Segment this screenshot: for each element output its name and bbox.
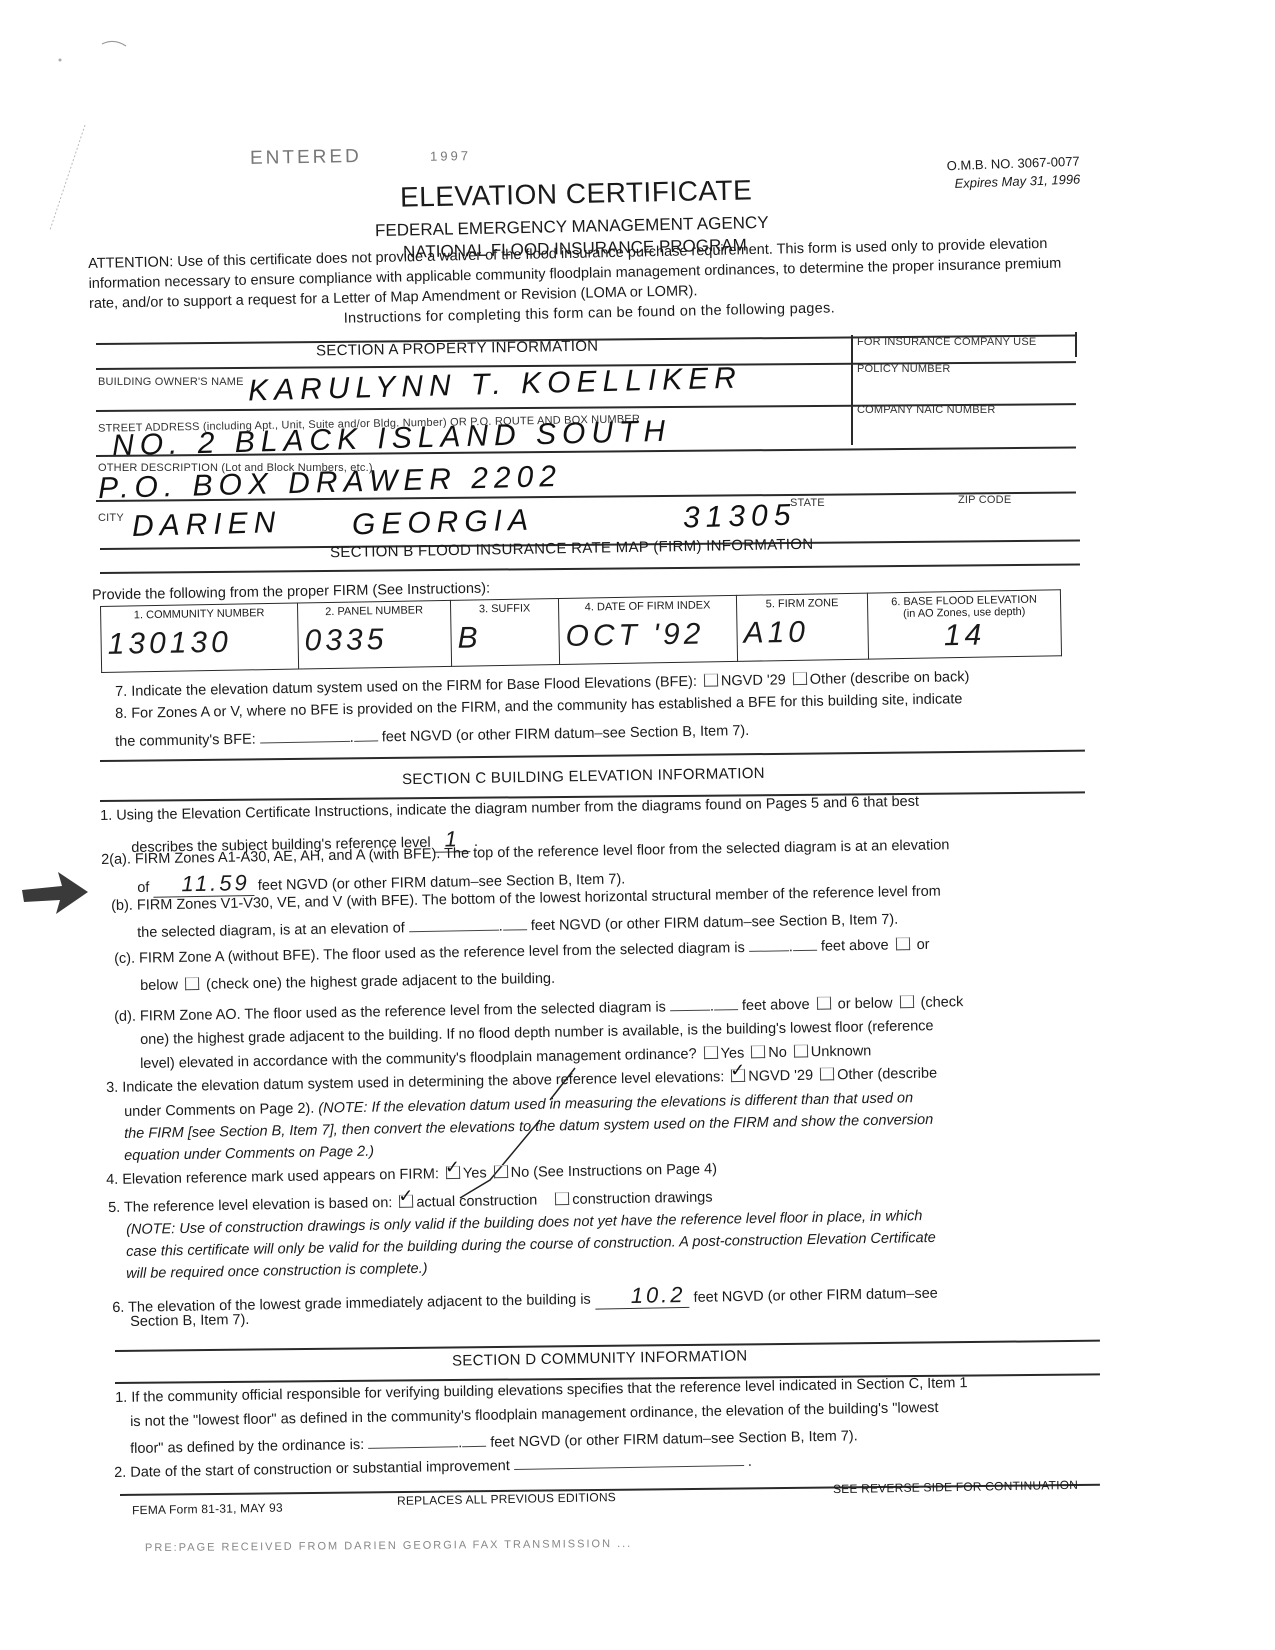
- ngvd29-label: NGVD '29: [721, 672, 786, 689]
- insurance-use-label: FOR INSURANCE COMPANY USE: [857, 336, 1036, 348]
- v-zone-elevation-label: the selected diagram, is at an elevation…: [137, 920, 405, 941]
- arrow-pointer-icon: [20, 868, 90, 918]
- policy-number-field[interactable]: [857, 380, 1057, 400]
- community-number-value: 130130: [107, 625, 292, 662]
- ordinance-question: level) elevated in accordance with the c…: [140, 1046, 697, 1072]
- community-bfe-suffix: feet NGVD (or other FIRM datum–see Secti…: [382, 723, 750, 745]
- community-bfe-field[interactable]: [260, 729, 350, 744]
- community-bfe-decimal-field[interactable]: [354, 728, 378, 741]
- lowest-floor-field[interactable]: [368, 1434, 458, 1449]
- zone-ao-or-below: or below: [838, 995, 893, 1012]
- zone-ao-text: (d). FIRM Zone AO. The floor used as the…: [114, 999, 666, 1025]
- handwritten-check-stroke: [450, 1060, 590, 1210]
- city-field[interactable]: DARIEN: [132, 506, 282, 544]
- reference-mark-instructions: (See Instructions on Page 4): [533, 1161, 717, 1180]
- ordinance-unknown-label: Unknown: [811, 1043, 872, 1060]
- reference-mark-yes-label: Yes: [463, 1165, 487, 1181]
- datum-other-label: Other (describe: [837, 1065, 937, 1083]
- suffix-value: B: [457, 620, 553, 656]
- divider: [100, 750, 1085, 762]
- divider: [1075, 332, 1077, 357]
- ordinance-unknown-checkbox[interactable]: [794, 1044, 808, 1057]
- divider: [100, 563, 1080, 574]
- zone-ao-above-checkbox[interactable]: [817, 996, 831, 1009]
- ordinance-no-checkbox[interactable]: [751, 1045, 765, 1058]
- section-c-item2c: (c). FIRM Zone A (without BFE). The floo…: [114, 936, 930, 967]
- section-c-title: SECTION C BUILDING ELEVATION INFORMATION: [402, 765, 765, 788]
- section-c-item2b-cont: the selected diagram, is at an elevation…: [137, 911, 898, 941]
- continuation-note: SEE REVERSE SIDE FOR CONTINUATION: [833, 1478, 1078, 1496]
- datum-ngvd29-checkbox[interactable]: [731, 1069, 745, 1082]
- stamp-year: 1997: [430, 148, 471, 164]
- reference-mark-no-label: No: [511, 1165, 530, 1181]
- reference-mark-question: 4. Elevation reference mark used appears…: [106, 1166, 439, 1188]
- community-number-label: 1. COMMUNITY NUMBER: [107, 607, 291, 622]
- lowest-floor-label: floor" as defined by the ordinance is:: [130, 1437, 364, 1457]
- other-datum-label: Other (describe on back): [810, 669, 970, 688]
- policy-number-label: POLICY NUMBER: [857, 363, 950, 375]
- datum-other-checkbox[interactable]: [820, 1067, 834, 1080]
- reference-mark-yes-checkbox[interactable]: [446, 1166, 460, 1179]
- firm-zone-cell[interactable]: 5. FIRM ZONE A10: [736, 593, 868, 661]
- zone-a-above-checkbox[interactable]: [896, 937, 910, 950]
- zone-a-below-checkbox[interactable]: [185, 977, 199, 990]
- lowest-floor-decimal[interactable]: [462, 1434, 486, 1447]
- reference-level-elevation-field[interactable]: 11.59: [153, 870, 254, 898]
- section-a-title: SECTION A PROPERTY INFORMATION: [316, 338, 599, 360]
- replaces-note: REPLACES ALL PREVIOUS EDITIONS: [397, 1490, 616, 1508]
- lowest-floor-suffix: feet NGVD (or other FIRM datum–see Secti…: [490, 1428, 858, 1450]
- firm-date-cell[interactable]: 4. DATE OF FIRM INDEX OCT '92: [558, 595, 737, 664]
- zone-a-check-one: (check one) the highest grade adjacent t…: [206, 971, 555, 993]
- actual-construction-checkbox[interactable]: [399, 1195, 413, 1208]
- zone-a-text: (c). FIRM Zone A (without BFE). The floo…: [114, 940, 745, 967]
- section-d-item1-cont: is not the "lowest floor" as defined in …: [130, 1400, 939, 1430]
- reference-mark-no-checkbox[interactable]: [494, 1165, 508, 1178]
- comments-ref: under Comments on Page 2).: [124, 1101, 314, 1120]
- basis-question: 5. The reference level elevation is base…: [108, 1195, 393, 1216]
- construction-drawings-label: construction drawings: [572, 1189, 713, 1207]
- omb-info: O.M.B. NO. 3067-0077 Expires May 31, 199…: [939, 153, 1080, 194]
- panel-number-value: 0335: [304, 622, 445, 658]
- state-field[interactable]: GEORGIA: [352, 504, 535, 543]
- section-d-item2: 2. Date of the start of construction or …: [114, 1453, 752, 1481]
- section-b-item8-cont: the community's BFE: . feet NGVD (or oth…: [115, 722, 749, 750]
- ngvd29-checkbox[interactable]: [704, 673, 718, 686]
- community-number-cell[interactable]: 1. COMMUNITY NUMBER 130130: [101, 603, 299, 672]
- city-label: CITY: [98, 512, 124, 524]
- fax-header-line: PRE:PAGE RECEIVED FROM DARIEN GEORGIA FA…: [145, 1538, 632, 1554]
- zone-ao-feet-field[interactable]: [670, 998, 710, 1012]
- panel-number-label: 2. PANEL NUMBER: [304, 604, 444, 618]
- construction-date-label: 2. Date of the start of construction or …: [114, 1458, 510, 1481]
- zone-ao-feet-decimal[interactable]: [714, 997, 738, 1010]
- zone-a-feet-field[interactable]: [749, 938, 789, 952]
- suffix-cell[interactable]: 3. SUFFIX B: [450, 598, 559, 666]
- zone-a-below-label: below: [140, 977, 178, 994]
- owner-name-label: BUILDING OWNER'S NAME: [98, 376, 244, 388]
- lowest-grade-suffix: feet NGVD (or other FIRM datum–see: [693, 1286, 937, 1306]
- form-title: ELEVATION CERTIFICATE: [400, 174, 753, 213]
- attention-label: ATTENTION:: [88, 254, 173, 272]
- received-stamp: ENTERED 1997: [250, 144, 471, 170]
- actual-construction-label: actual construction: [416, 1193, 537, 1211]
- scan-mark: [0, 30, 140, 250]
- panel-number-cell[interactable]: 2. PANEL NUMBER 0335: [297, 600, 451, 669]
- zone-ao-check: (check: [920, 994, 963, 1011]
- bfe-value: 14: [874, 617, 1055, 654]
- v-zone-elevation-decimal[interactable]: [503, 917, 527, 930]
- zone-a-or: or: [917, 937, 930, 953]
- zone-a-above-label: feet above: [821, 937, 889, 954]
- firm-zone-value: A10: [743, 615, 862, 651]
- v-zone-elevation-suffix: feet NGVD (or other FIRM datum–see Secti…: [531, 912, 899, 934]
- ordinance-no-label: No: [768, 1045, 787, 1061]
- naic-number-field[interactable]: [857, 420, 1057, 440]
- zone-ao-above-label: feet above: [742, 997, 810, 1014]
- datum-note: (NOTE: If the elevation datum used in me…: [318, 1090, 913, 1116]
- community-bfe-label: the community's BFE:: [115, 732, 256, 750]
- zip-label: ZIP CODE: [958, 494, 1011, 506]
- v-zone-elevation-field[interactable]: [409, 918, 499, 933]
- firm-date-value: OCT '92: [565, 617, 731, 654]
- lowest-grade-field[interactable]: 10.2: [594, 1282, 689, 1310]
- ordinance-yes-checkbox[interactable]: [703, 1046, 717, 1059]
- elevation-of-label: of: [137, 880, 149, 896]
- section-c-item5-note3: will be required once construction is co…: [126, 1261, 428, 1282]
- naic-label: COMPANY NAIC NUMBER: [857, 404, 995, 416]
- stamp-text: ENTERED: [250, 146, 362, 169]
- omb-expiration: Expires May 31, 1996: [940, 171, 1081, 194]
- firm-zone-label: 5. FIRM ZONE: [743, 597, 861, 611]
- form-id: FEMA Form 81-31, MAY 93: [132, 1501, 283, 1518]
- zone-ao-below-checkbox[interactable]: [899, 995, 913, 1008]
- owner-name-field[interactable]: KARULYNN T. KOELLIKER: [248, 362, 743, 409]
- section-c-item3-note3: equation under Comments on Page 2.): [124, 1144, 374, 1164]
- section-d-title: SECTION D COMMUNITY INFORMATION: [452, 1347, 748, 1369]
- section-c-item6-cont: Section B, Item 7).: [130, 1312, 250, 1330]
- zip-field[interactable]: 31305: [683, 499, 797, 536]
- datum-ngvd29-label: NGVD '29: [748, 1068, 813, 1085]
- construction-date-field[interactable]: [514, 1453, 744, 1470]
- attention-notice: ATTENTION: Use of this certificate does …: [88, 233, 1089, 334]
- item7-text: 7. Indicate the elevation datum system u…: [115, 674, 697, 700]
- datum-system-text: 3. Indicate the elevation datum system u…: [106, 1069, 724, 1096]
- section-c-item2c-cont: below (check one) the highest grade adja…: [140, 971, 555, 994]
- divider: [851, 335, 853, 445]
- section-c-item5: 5. The reference level elevation is base…: [108, 1189, 713, 1216]
- other-datum-checkbox[interactable]: [793, 672, 807, 685]
- zone-a-feet-decimal[interactable]: [793, 938, 817, 951]
- suffix-label: 3. SUFFIX: [457, 602, 552, 616]
- base-flood-elevation-cell[interactable]: 6. BASE FLOOD ELEVATION (in AO Zones, us…: [867, 590, 1061, 659]
- firm-date-label: 4. DATE OF FIRM INDEX: [565, 599, 730, 614]
- construction-drawings-checkbox[interactable]: [555, 1192, 569, 1205]
- section-c-item4: 4. Elevation reference mark used appears…: [106, 1161, 717, 1188]
